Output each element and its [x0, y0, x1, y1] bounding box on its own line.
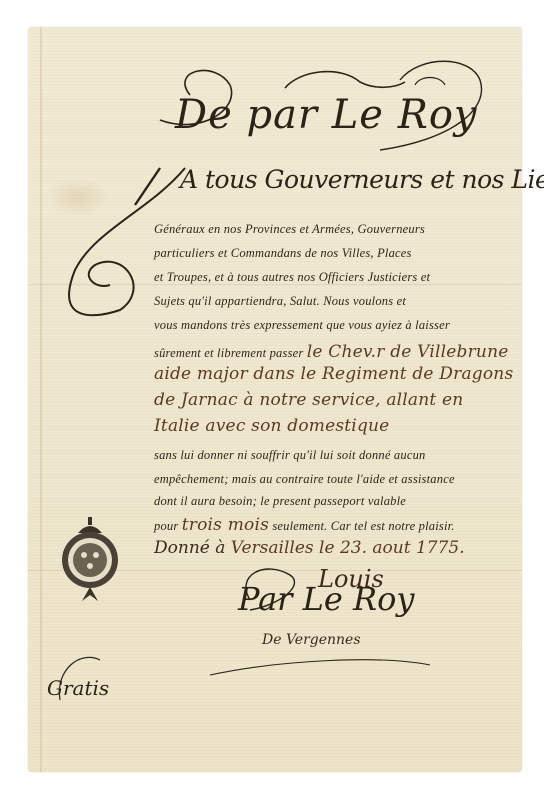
body-line: Généraux en nos Provinces et Armées, Gou…	[154, 222, 425, 237]
traveler-name: le Chev.r de Villebrune	[307, 342, 509, 362]
paper-stain	[48, 177, 108, 217]
body-line: empêchement; mais au contraire toute l'a…	[154, 472, 455, 487]
filled-line: aide major dans le Regiment de Dragons	[154, 364, 513, 384]
validity-prefix: pour	[154, 519, 178, 533]
body-line: sans lui donner ni souffrir qu'il lui so…	[154, 448, 425, 463]
address-line: A tous Gouverneurs et nos Lieutenans	[180, 165, 544, 194]
body-line: sûrement et librement passer le Chev.r d…	[154, 342, 508, 362]
body-line: Sujets qu'il appartiendra, Salut. Nous v…	[154, 294, 406, 309]
fold-line-vertical	[40, 27, 42, 772]
validity-line: pour trois mois seulement. Car tel est n…	[154, 515, 455, 535]
by-the-king-heading: Par Le Roy	[238, 580, 414, 618]
body-line-text: sûrement et librement passer	[154, 346, 303, 360]
filled-line: Italie avec son domestique	[154, 416, 389, 436]
dated-place-date: Versailles le 23. aout 1775.	[231, 538, 465, 558]
body-line: dont il aura besoin; le present passepor…	[154, 494, 406, 509]
body-line: vous mandons très expressement que vous …	[154, 318, 450, 333]
marginal-note-gratis: Gratis	[47, 676, 109, 700]
validity-suffix: seulement. Car tel est notre plaisir.	[272, 519, 454, 533]
body-line: et Troupes, et à tous autres nos Officie…	[154, 270, 430, 285]
body-line: particuliers et Commandans de nos Villes…	[154, 246, 412, 261]
heading-de-par-le-roy: De par Le Roy	[175, 92, 478, 138]
dated-line: Donné à Versailles le 23. aout 1775.	[154, 538, 465, 558]
validity-duration: trois mois	[182, 515, 269, 535]
countersignature: De Vergennes	[262, 632, 361, 648]
dated-prefix: Donné à	[154, 538, 225, 558]
royal-arms-seal-icon	[58, 515, 122, 607]
filled-line: de Jarnac à notre service, allant en	[154, 390, 463, 410]
